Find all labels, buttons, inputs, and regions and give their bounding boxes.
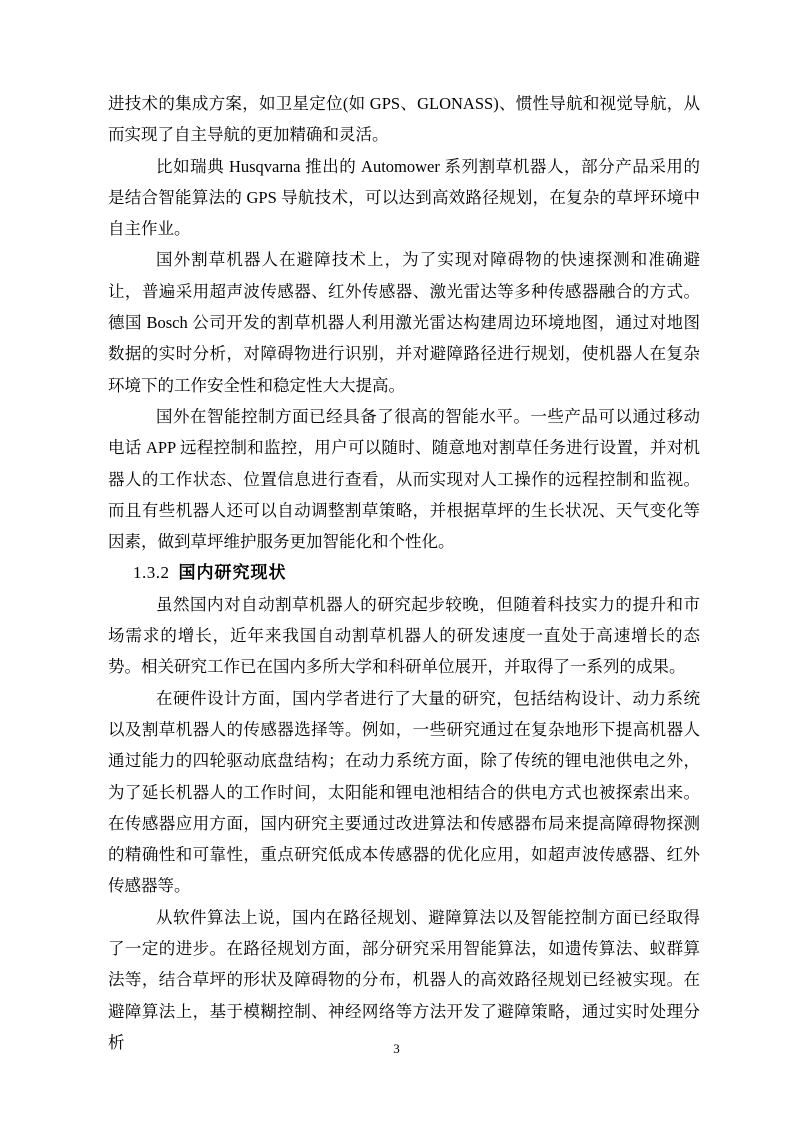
paragraph: 比如瑞典 Husqvarna 推出的 Automower 系列割草机器人，部分产… bbox=[108, 151, 700, 245]
document-page: 进技术的集成方案，如卫星定位(如 GPS、GLONASS)、惯性导航和视觉导航，… bbox=[0, 0, 793, 1122]
page-number: 3 bbox=[393, 1041, 400, 1056]
page-body: 进技术的集成方案，如卫星定位(如 GPS、GLONASS)、惯性导航和视觉导航，… bbox=[108, 88, 700, 1058]
paragraph: 虽然国内对自动割草机器人的研究起步较晚，但随着科技实力的提升和市场需求的增长，近… bbox=[108, 589, 700, 683]
page-footer: 3 bbox=[0, 1041, 793, 1057]
paragraph: 从软件算法上说，国内在路径规划、避障算法以及智能控制方面已经取得了一定的进步。在… bbox=[108, 902, 700, 1058]
paragraph: 进技术的集成方案，如卫星定位(如 GPS、GLONASS)、惯性导航和视觉导航，… bbox=[108, 88, 700, 151]
paragraph: 国外在智能控制方面已经具备了很高的智能水平。一些产品可以通过移动电话 APP 远… bbox=[108, 401, 700, 557]
heading-title: 国内研究现状 bbox=[179, 563, 287, 582]
heading-number: 1.3.2 bbox=[133, 563, 170, 582]
paragraph: 在硬件设计方面，国内学者进行了大量的研究，包括结构设计、动力系统以及割草机器人的… bbox=[108, 683, 700, 902]
section-heading: 1.3.2国内研究现状 bbox=[133, 557, 700, 588]
paragraph: 国外割草机器人在避障技术上，为了实现对障碍物的快速探测和准确避让，普遍采用超声波… bbox=[108, 244, 700, 400]
